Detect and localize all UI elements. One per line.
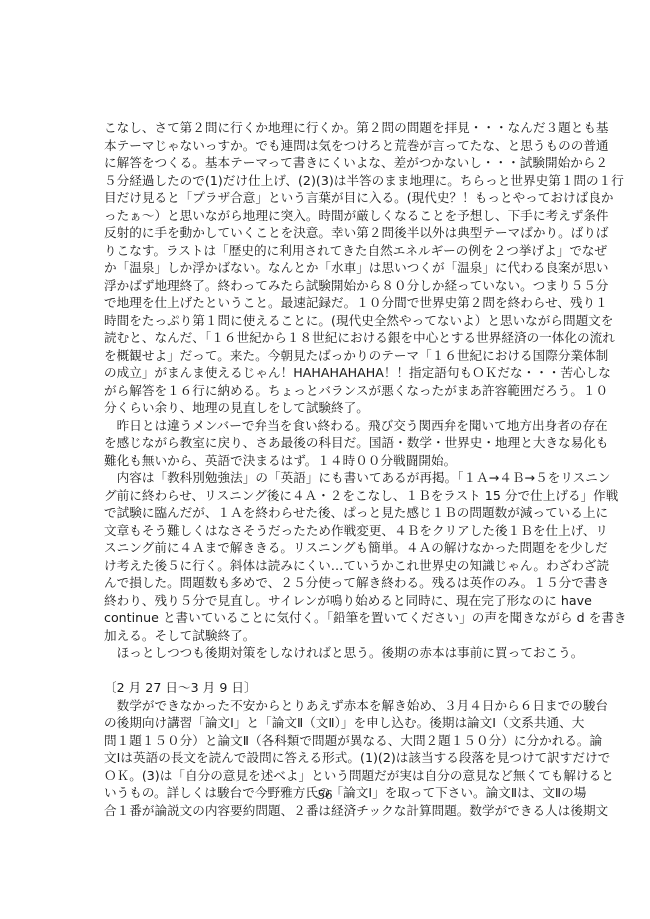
text-line: continue と書いていることに気付く。「鉛筆を置いてください」の声を聞きな… [104,609,548,627]
paragraph-start: 数学ができなかった不安からとりあえず赤本を解き始め、３月４日から６日までの駿台 [104,697,548,715]
text-line: 読むと、なんだ、「１６世紀から１８世紀における銀を中心とする世界経済の一体化の流… [104,329,548,347]
text-line: 文Ⅰは英語の長文を読んで設問に答える形式。(1)(2)は該当する段落を見つけて訳… [104,749,548,767]
text-line: を概観せよ」だって。来た。今朝見たばっかりのテーマ「１６世紀における国際分業体制 [104,347,548,365]
text-line: の後期向け講習「論文Ⅰ」と「論文Ⅱ（文Ⅱ）」を申し込む。後期は論文Ⅰ（文系共通、… [104,714,548,732]
text-line: で地理を仕上げたということ。最速記録だ。１０分間で世界史第２問を終わらせ、残り１ [104,294,548,312]
text-line: 終わり、残り５分で見直し。サイレンが鳴り始めると同時に、現在完了形なのに hav… [104,592,548,610]
paragraph-start: 昨日とは違うメンバーで弁当を食い終わる。飛び交う関西弁を聞いて地方出身者の存在 [104,417,548,435]
body-text: こなし、さて第２問に行くか地理に行くか。第２問の問題を拝見・・・なんだ３題とも基… [104,119,548,819]
text-line: りこなす。ラストは「歴史的に利用されてきた自然エネルギーの例を２つ挙げよ」でなぜ [104,242,548,260]
text-line: んで損した。問題数も多めで、２５分使って解き終わる。残るは英作のみ。１５分で書き [104,574,548,592]
text-line: 加える。そして試験終了。 [104,627,548,645]
text-line: スニング前に４Ａまで解ききる。リスニングも簡単。４Ａの解けなかった問題をを少しだ [104,539,548,557]
text-line: ったぁ～）と思いながら地理に突入。時間が厳しくなることを予想し、下手に考えず条件 [104,207,548,225]
section-date-heading: 〔2 月 27 日～3 月 9 日〕 [104,679,548,697]
paragraph-start: ほっとしつつも後期対策をしなければと思う。後期の赤本は事前に買っておこう。 [104,644,548,662]
text-line: 問１題１５０分）と論文Ⅱ（各科類で問題が異なる、大問２題１５０分）に分かれる。論 [104,732,548,750]
blank-line [104,662,548,680]
paragraph-start: 内容は「教科別勉強法」の「英語」にも書いてあるが再掲。「１Ａ→４Ｂ→５をリスニン [104,469,548,487]
text-line: の成立」がまんま使えるじゃん！HAHAHAHAHA！！指定語句もＯＫだな・・・苦… [104,364,548,382]
text-line: がら解答を１６行に納める。ちょっとバランスが悪くなったがまあ許容範囲だろう。１０ [104,382,548,400]
text-line: グ前に終わらせ、リスニング後に４Ａ・２をこなし、１Ｂをラスト 15 分で仕上げる… [104,487,548,505]
text-line: 反射的に手を動かしていくことを決意。幸い第２問後半以外は典型テーマばかり。ばりば [104,224,548,242]
text-line: け考えた後５に行く。斜体は読みにくい…ていうかこれ世界史の知識じゃん。わざわざ読 [104,557,548,575]
text-line: ５分経過したので(1)だけ仕上げ、(2)(3)は半答のまま地理に。ちらっと世界史… [104,172,548,190]
text-line: に解答をつくる。基本テーマって書きにくいよな、差がつかないし・・・試験開始から２ [104,154,548,172]
text-line: 文章もそう難しくはなさそうだったため作戦変更、４Ｂをクリアした後１Ｂを仕上げ、リ [104,522,548,540]
text-line: こなし、さて第２問に行くか地理に行くか。第２問の問題を拝見・・・なんだ３題とも基 [104,119,548,137]
document-page: こなし、さて第２問に行くか地理に行くか。第２問の問題を拝見・・・なんだ３題とも基… [0,0,650,919]
text-line: 本テーマじゃないっすか。でも連問は気をつけろと荒巻が言ってたな、と思うものの普通 [104,137,548,155]
text-line: 難化も無いから、英語で決まるはず。１４時００分戦闘開始。 [104,452,548,470]
text-line: 分くらい余り、地理の見直しをして試験終了。 [104,399,548,417]
text-line: 時間をたっぷり第１問に使えることに。(現代史全然やってないよ）と思いながら問題文… [104,312,548,330]
text-line: 合１番が論説文の内容要約問題、２番は経済チックな計算問題。数学ができる人は後期文 [104,802,548,820]
page-number: 56 [0,788,650,802]
text-line: を感じながら教室に戻り、さあ最後の科目だ。国語・数学・世界史・地理と大きな易化も [104,434,548,452]
text-line: ＯＫ。(3)は「自分の意見を述べよ」という問題だが実は自分の意見など無くても解け… [104,767,548,785]
text-line: 目だけ見ると「プラザ合意」という言葉が目に入る。(現代史？！もっとやっておけば良… [104,189,548,207]
text-line: 浮かばず地理終了。終わってみたら試験開始から８０分しか経っていない。つまり５５分 [104,277,548,295]
text-line: か「温泉」しか浮かばない。なんとか「水車」は思いつくが「温泉」に代わる良案が思い [104,259,548,277]
text-line: で試験に臨んだが、１Ａを終わらせた後、ぱっと見た感じ１Ｂの問題数が減っている上に [104,504,548,522]
